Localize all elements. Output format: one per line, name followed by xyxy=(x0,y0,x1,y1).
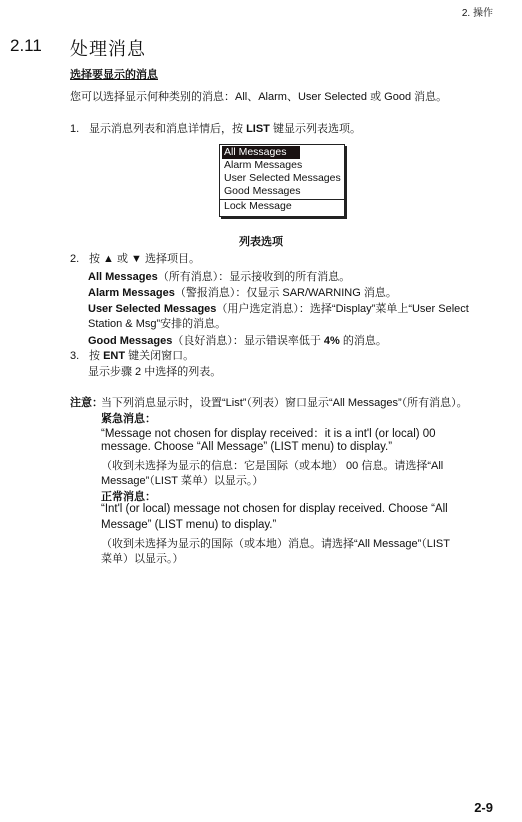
list-item-lock-message[interactable]: Lock Message xyxy=(220,200,344,213)
step-number: 3. xyxy=(70,350,89,362)
description: （警报消息）：仅显示 SAR/WARNING 消息。 xyxy=(175,287,397,299)
normal-message-en-line-1: “Int'l (or local) message not chosen for… xyxy=(101,503,448,515)
section-number: 2.11 xyxy=(10,36,42,56)
list-item-all-messages[interactable]: All Messages xyxy=(222,146,300,159)
term: Alarm Messages xyxy=(88,287,175,299)
subheading: 选择要显示的消息 xyxy=(70,66,158,82)
urgent-message-en-line-2: message. Choose “All Message” (LIST menu… xyxy=(101,441,392,453)
urgent-message-cn-line-2: Message”（LIST 菜单）以显示。） xyxy=(101,472,263,488)
detail-alarm-messages: Alarm Messages（警报消息）：仅显示 SAR/WARNING 消息。 xyxy=(88,284,397,300)
urgent-message-heading: 紧急消息： xyxy=(101,410,156,426)
running-header: 2. 操作 xyxy=(462,4,493,19)
step-text: 显示消息列表和消息详情后，按 xyxy=(89,123,246,135)
detail-user-selected-messages: User Selected Messages（用户选定消息）：选择“Displa… xyxy=(88,300,469,316)
list-options-window: All Messages Alarm Messages User Selecte… xyxy=(219,144,345,217)
section-title: 处理消息 xyxy=(70,35,146,61)
step-text: 按 xyxy=(89,350,103,362)
normal-message-cn-line-1: （收到未选择为显示的国际（或本地）消息。请选择“All Message”（LIS… xyxy=(101,535,450,551)
list-item-alarm-messages[interactable]: Alarm Messages xyxy=(220,159,344,172)
step-text: 键关闭窗口。 xyxy=(125,350,194,362)
list-item-user-selected-messages[interactable]: User Selected Messages xyxy=(220,172,344,185)
term: User Selected Messages xyxy=(88,303,216,315)
step-2: 2.按 ▲ 或 ▼ 选择项目。 xyxy=(70,250,200,266)
list-item-good-messages[interactable]: Good Messages xyxy=(220,185,344,198)
step-text: 键显示列表选项。 xyxy=(270,123,361,135)
normal-message-en-line-2: Message” (LIST menu) to display.” xyxy=(101,519,276,531)
description: （用户选定消息）：选择“Display”菜单上“User Select xyxy=(216,303,468,315)
term: Good Messages xyxy=(88,335,172,347)
urgent-message-cn-line-1: （收到未选择为显示的信息：它是国际（或本地） 00 信息。请选择“All xyxy=(101,457,443,473)
list-key: LIST xyxy=(246,123,270,135)
intro-paragraph: 您可以选择显示何种类别的消息：All、Alarm、User Selected 或… xyxy=(70,88,447,104)
description: （所有消息）：显示接收到的所有消息。 xyxy=(158,271,351,283)
page-number: 2-9 xyxy=(474,800,493,815)
note-label: 注意： xyxy=(70,394,103,410)
urgent-message-en-line-1: “Message not chosen for display received… xyxy=(101,425,436,441)
figure-caption: 列表选项 xyxy=(0,233,522,249)
step-1: 1.显示消息列表和消息详情后，按 LIST 键显示列表选项。 xyxy=(70,120,361,136)
detail-good-messages: Good Messages（良好消息）：显示错误率低于 4% 的消息。 xyxy=(88,332,387,348)
step-number: 2. xyxy=(70,253,89,265)
description: （良好消息）：显示错误率低于 xyxy=(172,335,324,347)
normal-message-cn-line-2: 菜单）以显示。） xyxy=(101,550,184,566)
step-3: 3.按 ENT 键关闭窗口。 xyxy=(70,347,194,363)
step-3-detail: 显示步骤 2 中选择的列表。 xyxy=(88,363,221,379)
detail-user-selected-continued: Station & Msg”安排的消息。 xyxy=(88,315,226,331)
description: 的消息。 xyxy=(340,335,387,347)
note-text: 当下列消息显示时，设置“List”（列表）窗口显示“All Messages”（… xyxy=(101,394,468,410)
term: All Messages xyxy=(88,271,158,283)
ent-key: ENT xyxy=(103,350,125,362)
normal-message-heading: 正常消息： xyxy=(101,488,156,504)
step-number: 1. xyxy=(70,123,89,135)
detail-all-messages: All Messages（所有消息）：显示接收到的所有消息。 xyxy=(88,268,350,284)
step-text: 按 ▲ 或 ▼ 选择项目。 xyxy=(89,253,200,265)
error-rate-value: 4% xyxy=(324,335,340,347)
